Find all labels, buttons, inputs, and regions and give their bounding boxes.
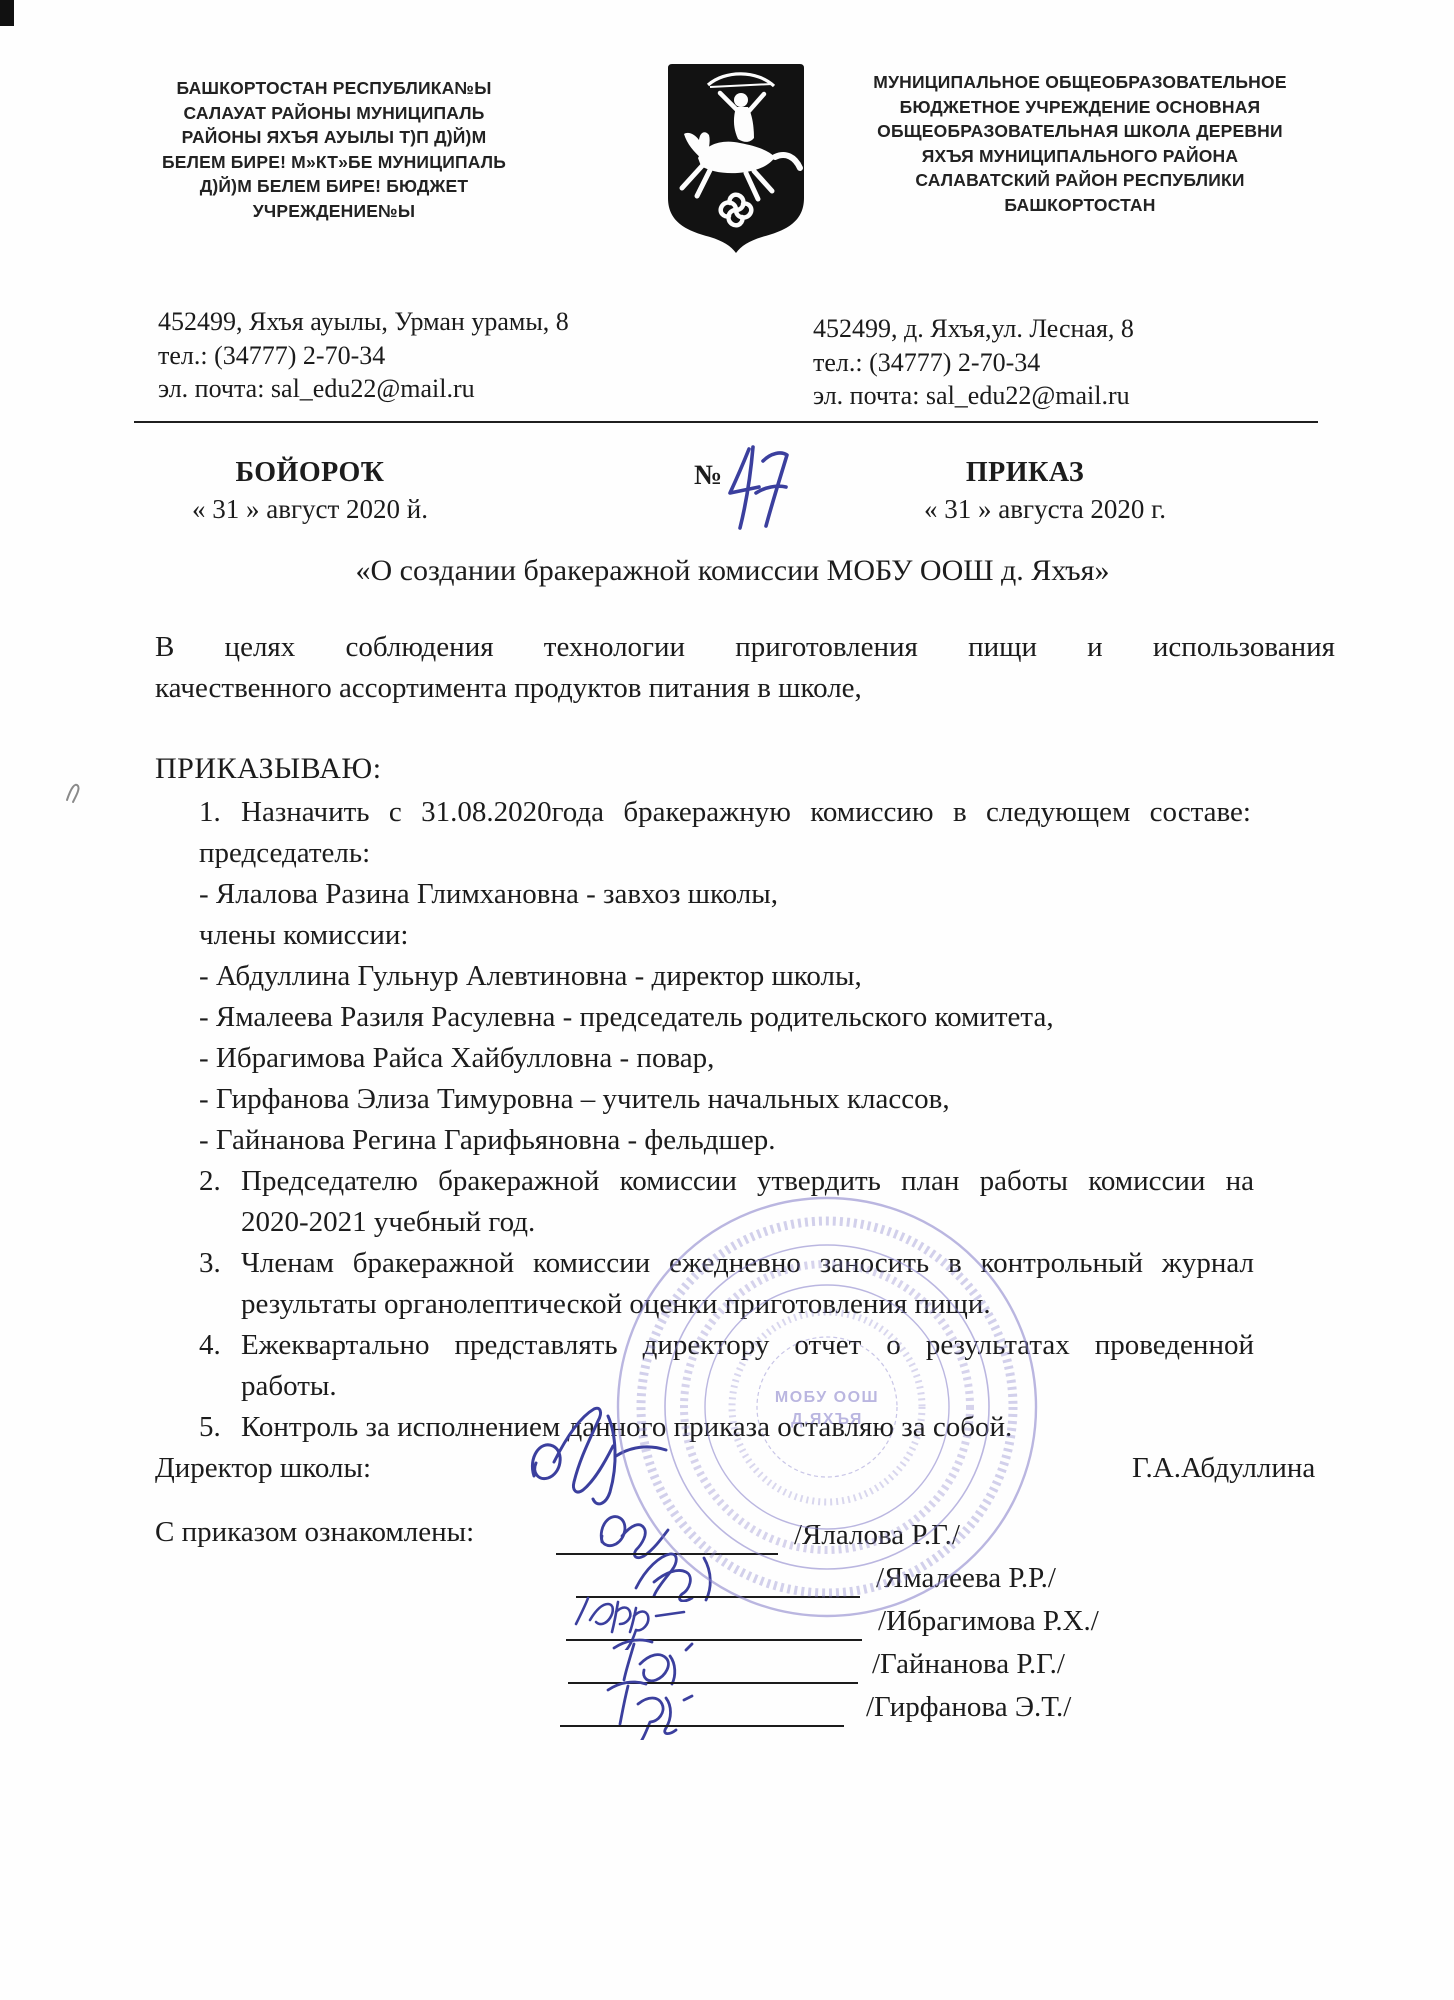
ack-signature [596,1668,746,1740]
order-items: 1. Назначить с 31.08.2020года бракеражну… [155,792,1340,1448]
item-4: 4. Ежеквартально представлять директору … [155,1325,1340,1407]
ack-name: /Гирфанова Э.Т./ [866,1691,1071,1724]
item-3: 3. Членам бракеражной комиссии ежедневно… [155,1243,1340,1325]
phone-line: тел.: (34777) 2-70-34 [158,339,658,373]
item-text: Назначить с 31.08.2020года бракеражную к… [155,792,1251,833]
order-date-bashkir: « 31 » август 2020 й. [140,494,480,525]
item-number: 1. [199,792,221,833]
item-5: 5. Контроль за исполнением данного прика… [155,1407,1340,1448]
item-text: Председателю бракеражной комиссии утверд… [155,1161,1254,1202]
email-line: эл. почта: sal_edu22@mail.ru [158,372,658,406]
address-line: 452499, Яхъя ауылы, Урман урамы, 8 [158,305,658,339]
item-text: Ежеквартально представлять директору отч… [155,1325,1254,1366]
org-line: БАШКОРТОСТАН РЕСПУБЛИКА№Ы [138,76,530,101]
address-line: 452499, д. Яхъя,ул. Лесная, 8 [813,312,1313,346]
preamble-line: В целях соблюдения технологии приготовле… [155,627,1335,668]
item-number: 4. [199,1325,221,1366]
item-text: Контроль за исполнением данного приказа … [155,1407,1340,1448]
item-text: результаты органолептической оценки приг… [155,1284,1340,1325]
order-title-russian: ПРИКАЗ [900,457,1150,489]
org-line: БАШКОРТОСТАН [818,193,1342,218]
margin-pen-mark [62,776,86,810]
org-name-russian: МУНИЦИПАЛЬНОЕ ОБЩЕОБРАЗОВАТЕЛЬНОЕ БЮДЖЕТ… [818,70,1342,217]
org-name-bashkir: БАШКОРТОСТАН РЕСПУБЛИКА№Ы САЛАУАТ РАЙОНЫ… [138,76,530,223]
org-line: УЧРЕЖДЕНИЕ№Ы [138,199,530,224]
item-number: 3. [199,1243,221,1284]
item-1-subline: - Абдуллина Гульнур Алевтиновна - директ… [155,956,1340,997]
item-1-subline: - Гайнанова Регина Гарифьяновна - фельдш… [155,1120,1340,1161]
scan-corner-artifact [0,0,14,26]
item-number: 2. [199,1161,221,1202]
item-1: 1. Назначить с 31.08.2020года бракеражну… [155,792,1340,833]
email-line: эл. почта: sal_edu22@mail.ru [813,379,1313,413]
org-line: МУНИЦИПАЛЬНОЕ ОБЩЕОБРАЗОВАТЕЛЬНОЕ [818,70,1342,95]
org-line: САЛАВАТСКИЙ РАЙОН РЕСПУБЛИКИ [818,168,1342,193]
order-title-bashkir: БОЙОРОҠ [170,457,450,489]
resolve-word: ПРИКАЗЫВАЮ: [155,748,382,789]
scanned-order-document: { "colors": {"ink": "#1c1c1c", "blue_ink… [0,0,1454,2000]
item-text: 2020-2021 учебный год. [155,1202,1340,1243]
ack-name: /Ибрагимова Р.Х./ [878,1605,1099,1638]
coat-of-arms-icon [658,60,814,256]
item-text: Членам бракеражной комиссии ежедневно за… [155,1243,1254,1284]
handwritten-order-number [722,442,794,538]
director-label: Директор школы: [155,1452,371,1485]
ack-name: /Ялалова Р.Г./ [794,1519,960,1552]
item-number: 5. [199,1407,221,1448]
item-1-subline: члены комиссии: [155,915,1340,956]
org-line: БЮДЖЕТНОЕ УЧРЕЖДЕНИЕ ОСНОВНАЯ [818,95,1342,120]
item-text: работы. [155,1366,1340,1407]
ack-label: С приказом ознакомлены: [155,1516,474,1549]
header-divider [134,421,1318,423]
preamble-line: качественного ассортимента продуктов пит… [155,668,1335,709]
preamble: В целях соблюдения технологии приготовле… [155,627,1335,709]
ack-name: /Ямалеева Р.Р./ [876,1562,1056,1595]
org-line: ЯХЪЯ МУНИЦИПАЛЬНОГО РАЙОНА [818,144,1342,169]
director-name: Г.А.Абдуллина [1132,1452,1315,1485]
order-date-russian: « 31 » августа 2020 г. [880,494,1210,525]
item-2: 2. Председателю бракеражной комиссии утв… [155,1161,1340,1243]
org-line: Д)Й)М БЕЛЕМ БИРЕ! БЮДЖЕТ [138,174,530,199]
ack-name: /Гайнанова Р.Г./ [872,1648,1065,1681]
org-line: БЕЛЕМ БИРЕ! М»КТ»БЕ МУНИЦИПАЛЬ [138,150,530,175]
org-line: САЛАУАТ РАЙОНЫ МУНИЦИПАЛЬ [138,101,530,126]
item-1-subline: - Ибрагимова Райса Хайбулловна - повар, [155,1038,1340,1079]
contacts-right: 452499, д. Яхъя,ул. Лесная, 8 тел.: (347… [813,312,1313,413]
phone-line: тел.: (34777) 2-70-34 [813,346,1313,380]
order-subject: «О создании бракеражной комиссии МОБУ ОО… [150,554,1315,588]
contacts-left: 452499, Яхъя ауылы, Урман урамы, 8 тел.:… [158,305,658,406]
item-1-subline: председатель: [155,833,1340,874]
item-1-subline: - Ялалова Разина Глимхановна - завхоз шк… [155,874,1340,915]
org-line: РАЙОНЫ ЯХЪЯ АУЫЛЫ Т)П Д)Й)М [138,125,530,150]
item-1-subline: - Гирфанова Элиза Тимуровна – учитель на… [155,1079,1340,1120]
signature-line [560,1725,844,1727]
order-number-label: № [694,460,722,492]
item-1-subline: - Ямалеева Разиля Расулевна - председате… [155,997,1340,1038]
org-line: ОБЩЕОБРАЗОВАТЕЛЬНАЯ ШКОЛА ДЕРЕВНИ [818,119,1342,144]
